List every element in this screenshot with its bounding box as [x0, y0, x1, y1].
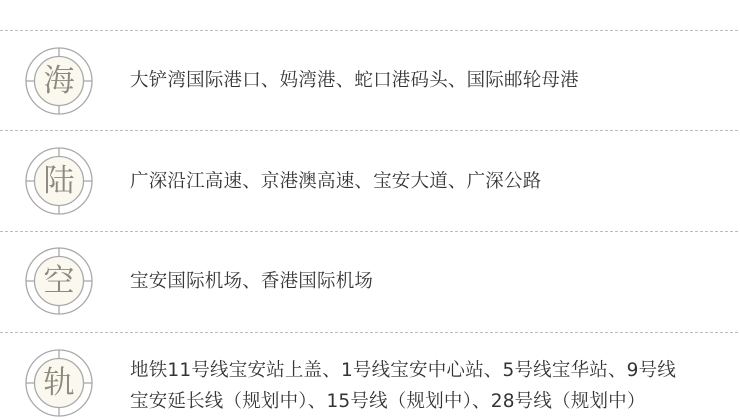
badge-char: 海: [25, 47, 93, 115]
air-badge-icon: 空: [25, 247, 93, 315]
dashed-divider: [0, 231, 738, 232]
rail-badge-icon: 轨: [25, 349, 93, 417]
row-description: 广深沿江高速、京港澳高速、宝安大道、广深公路: [130, 166, 541, 197]
description-line: 地铁11号线宝安站上盖、1号线宝安中心站、5号线宝华站、9号线: [130, 355, 676, 386]
sea-badge-icon: 海: [25, 47, 93, 115]
row-description: 宝安国际机场、香港国际机场: [130, 266, 373, 297]
land-badge-icon: 陆: [25, 147, 93, 215]
row-description: 地铁11号线宝安站上盖、1号线宝安中心站、5号线宝华站、9号线 宝安延长线（规划…: [130, 355, 676, 417]
row-description: 大铲湾国际港口、妈湾港、蛇口港码头、国际邮轮母港: [130, 65, 579, 96]
description-line: 宝安延长线（规划中）、15号线（规划中）、28号线（规划中）: [130, 386, 676, 417]
dashed-divider: [0, 30, 738, 31]
dashed-divider: [0, 332, 738, 333]
badge-char: 陆: [25, 147, 93, 215]
dashed-divider: [0, 130, 738, 131]
badge-char: 轨: [25, 349, 93, 417]
description-line: 宝安国际机场、香港国际机场: [130, 266, 373, 297]
badge-char: 空: [25, 247, 93, 315]
description-line: 广深沿江高速、京港澳高速、宝安大道、广深公路: [130, 166, 541, 197]
description-line: 大铲湾国际港口、妈湾港、蛇口港码头、国际邮轮母港: [130, 65, 579, 96]
